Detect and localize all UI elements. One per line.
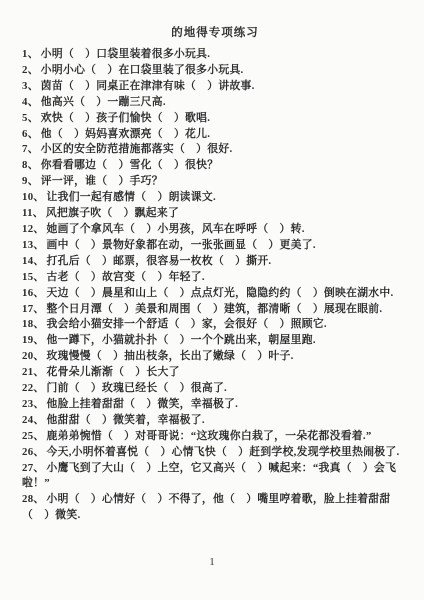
item-text: 小明（ ）口袋里装着很多小玩具. bbox=[41, 48, 210, 60]
item-number: 28、 bbox=[22, 493, 47, 505]
item-number: 25、 bbox=[22, 430, 47, 442]
exercise-item: 2、小明小心（ ）在口袋里装了很多小玩具. bbox=[22, 63, 408, 79]
item-text: 玫瑰慢慢（ ）抽出枝条，长出了嫩绿（ ）叶子. bbox=[47, 350, 294, 362]
item-number: 23、 bbox=[22, 398, 47, 410]
exercise-item: 12、她画了个拿风车（ ）小男孩，风车在呼呼（ ）转. bbox=[22, 222, 408, 238]
item-number: 10、 bbox=[22, 191, 47, 203]
exercise-item: 7、小区的安全防范措施都落实（ ）很好. bbox=[22, 142, 408, 158]
item-number: 8、 bbox=[22, 159, 41, 171]
exercise-item: 22、门前（ ）玫瑰已经长（ ）很高了. bbox=[22, 381, 408, 397]
item-number: 16、 bbox=[22, 287, 47, 299]
item-text: 他高兴（ ）一蹦三尺高. bbox=[41, 96, 166, 108]
item-text: 风把旗子吹（ ）飘起来了 bbox=[46, 207, 179, 219]
item-number: 12、 bbox=[22, 223, 47, 235]
exercise-item: 21、花骨朵儿渐渐（ ）长大了 bbox=[22, 365, 408, 381]
item-number: 2、 bbox=[22, 64, 41, 76]
item-text: 古老（ ）故宫变（ ）年轻了. bbox=[47, 271, 205, 283]
exercise-item: 10、让我们一起有感情（ ）朗读课文. bbox=[22, 190, 408, 206]
exercise-item: 17、整个日月潭（ ）美景和周围（ ）建筑，都清晰（ ）展现在眼前. bbox=[22, 302, 408, 318]
exercise-item: 20、玫瑰慢慢（ ）抽出枝条，长出了嫩绿（ ）叶子. bbox=[22, 349, 408, 365]
exercise-item: 18、我会给小猫安排一个舒适（ ）家，会很好（ ）照顾它. bbox=[22, 317, 408, 333]
item-text: 让我们一起有感情（ ）朗读课文. bbox=[47, 191, 216, 203]
exercise-item: 11、风把旗子吹（ ）飘起来了 bbox=[22, 206, 408, 222]
item-text: 鹿弟弟惋惜（ ）对哥哥说：“这玫瑰你白栽了，一朵花都没看着.” bbox=[47, 430, 372, 442]
item-text: 打孔后（ ）邮票，很容易一枚枚（ ）撕开. bbox=[47, 255, 272, 267]
exercise-list: 1、小明（ ）口袋里装着很多小玩具. 2、小明小心（ ）在口袋里装了很多小玩具.… bbox=[22, 47, 408, 524]
item-text: 画中（ ）景物好象都在动，一张张画显（ ）更美了. bbox=[47, 239, 316, 251]
item-number: 24、 bbox=[22, 414, 47, 426]
item-text: 花骨朵儿渐渐（ ）长大了 bbox=[47, 366, 180, 378]
item-text: 他（ ）妈妈喜欢漂亮（ ）花儿. bbox=[41, 128, 210, 140]
exercise-item: 23、他脸上挂着甜甜（ ）微笑，幸福极了. bbox=[22, 397, 408, 413]
exercise-item: 24、他甜甜（ ）微笑着，幸福极了. bbox=[22, 413, 408, 429]
item-number: 1、 bbox=[22, 48, 41, 60]
exercise-item: 15、古老（ ）故宫变（ ）年轻了. bbox=[22, 270, 408, 286]
exercise-item: 8、你看看哪边（ ）雪化（ ）很快？ bbox=[22, 158, 408, 174]
item-number: 11、 bbox=[22, 207, 46, 219]
item-number: 4、 bbox=[22, 96, 41, 108]
item-number: 20、 bbox=[22, 350, 47, 362]
item-text: 他脸上挂着甜甜（ ）微笑，幸福极了. bbox=[47, 398, 239, 410]
page-number: 1 bbox=[0, 556, 424, 568]
exercise-item: 5、欢快（ ）孩子们愉快（ ）歌唱. bbox=[22, 111, 408, 127]
item-number: 6、 bbox=[22, 128, 41, 140]
exercise-item: 25、鹿弟弟惋惜（ ）对哥哥说：“这玫瑰你白栽了，一朵花都没看着.” bbox=[22, 429, 408, 445]
worksheet-page: 的地得专项练习 1、小明（ ）口袋里装着很多小玩具. 2、小明小心（ ）在口袋里… bbox=[0, 0, 424, 600]
item-number: 5、 bbox=[22, 112, 41, 124]
exercise-item: 28、小明（ ）心情好（ ）不得了，他（ ）嘴里哼着歌，脸上挂着甜甜（ ）微笑. bbox=[22, 492, 408, 524]
item-text: 她画了个拿风车（ ）小男孩，风车在呼呼（ ）转. bbox=[47, 223, 305, 235]
item-text: 天边（ ）晨星和山上（ ）点点灯光，隐隐约约（ ）倒映在湖水中. bbox=[47, 287, 394, 299]
exercise-item: 3、茵苗（ ）同桌正在津津有味（ ）讲故事. bbox=[22, 79, 408, 95]
page-title: 的地得专项练习 bbox=[22, 24, 408, 40]
item-text: 小区的安全防范措施都落实（ ）很好. bbox=[41, 143, 233, 155]
item-text: 小明（ ）心情好（ ）不得了，他（ ）嘴里哼着歌，脸上挂着甜甜（ ）微笑. bbox=[22, 493, 391, 521]
item-number: 13、 bbox=[22, 239, 47, 251]
exercise-item: 9、评一评，谁（ ）手巧？ bbox=[22, 174, 408, 190]
item-number: 19、 bbox=[22, 334, 47, 346]
item-number: 27、 bbox=[22, 462, 47, 474]
item-number: 18、 bbox=[22, 318, 47, 330]
item-text: 我会给小猫安排一个舒适（ ）家，会很好（ ）照顾它. bbox=[47, 318, 327, 330]
item-text: 你看看哪边（ ）雪化（ ）很快？ bbox=[41, 159, 219, 171]
item-number: 26、 bbox=[22, 446, 47, 458]
item-text: 整个日月潭（ ）美景和周围（ ）建筑，都清晰（ ）展现在眼前. bbox=[47, 303, 383, 315]
item-number: 9、 bbox=[22, 175, 41, 187]
item-number: 7、 bbox=[22, 143, 41, 155]
item-number: 14、 bbox=[22, 255, 47, 267]
item-text: 他甜甜（ ）微笑着，幸福极了. bbox=[47, 414, 205, 426]
exercise-item: 1、小明（ ）口袋里装着很多小玩具. bbox=[22, 47, 408, 63]
exercise-item: 16、天边（ ）晨星和山上（ ）点点灯光，隐隐约约（ ）倒映在湖水中. bbox=[22, 286, 408, 302]
item-text: 小鹰飞到了大山（ ）上空，它又高兴（ ）喊起来：“我真（ ）会飞啦！” bbox=[22, 462, 396, 490]
item-text: 评一评，谁（ ）手巧？ bbox=[41, 175, 163, 187]
item-number: 21、 bbox=[22, 366, 47, 378]
item-number: 17、 bbox=[22, 303, 47, 315]
exercise-item: 13、画中（ ）景物好象都在动，一张张画显（ ）更美了. bbox=[22, 238, 408, 254]
exercise-item: 19、他一蹲下，小猫就扑扑（ ）一个个跳出来，朝屋里跑. bbox=[22, 333, 408, 349]
item-text: 门前（ ）玫瑰已经长（ ）很高了. bbox=[47, 382, 228, 394]
exercise-item: 6、他（ ）妈妈喜欢漂亮（ ）花儿. bbox=[22, 127, 408, 143]
item-text: 小明小心（ ）在口袋里装了很多小玩具. bbox=[41, 64, 244, 76]
item-text: 他一蹲下，小猫就扑扑（ ）一个个跳出来，朝屋里跑. bbox=[47, 334, 316, 346]
item-number: 3、 bbox=[22, 80, 41, 92]
item-number: 22、 bbox=[22, 382, 47, 394]
exercise-item: 27、小鹰飞到了大山（ ）上空，它又高兴（ ）喊起来：“我真（ ）会飞啦！” bbox=[22, 461, 408, 493]
item-text: 茵苗（ ）同桌正在津津有味（ ）讲故事. bbox=[41, 80, 255, 92]
item-text: 今天,小明怀着喜悦（ ）心情飞快（ ）赶到学校,发现学校里热闹极了. bbox=[47, 446, 400, 458]
item-number: 15、 bbox=[22, 271, 47, 283]
exercise-item: 4、他高兴（ ）一蹦三尺高. bbox=[22, 95, 408, 111]
exercise-item: 26、今天,小明怀着喜悦（ ）心情飞快（ ）赶到学校,发现学校里热闹极了. bbox=[22, 445, 408, 461]
item-text: 欢快（ ）孩子们愉快（ ）歌唱. bbox=[41, 112, 210, 124]
exercise-item: 14、打孔后（ ）邮票，很容易一枚枚（ ）撕开. bbox=[22, 254, 408, 270]
